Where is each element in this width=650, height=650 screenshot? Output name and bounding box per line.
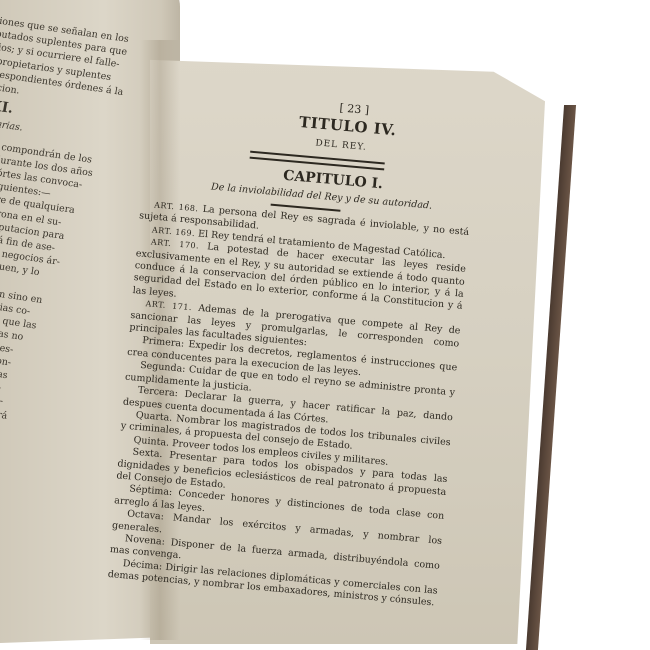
open-book: cciones que se señalan en los diputados … (0, 0, 650, 650)
article-label: ART. 168. (154, 201, 199, 214)
body-text: ART. 168. La persona del Rey es sagrada … (107, 198, 469, 610)
article-label: ART. 169. (152, 225, 196, 238)
right-page-content: [ 23 ] TITULO IV. DEL REY. CAPITULO I. D… (127, 86, 479, 610)
